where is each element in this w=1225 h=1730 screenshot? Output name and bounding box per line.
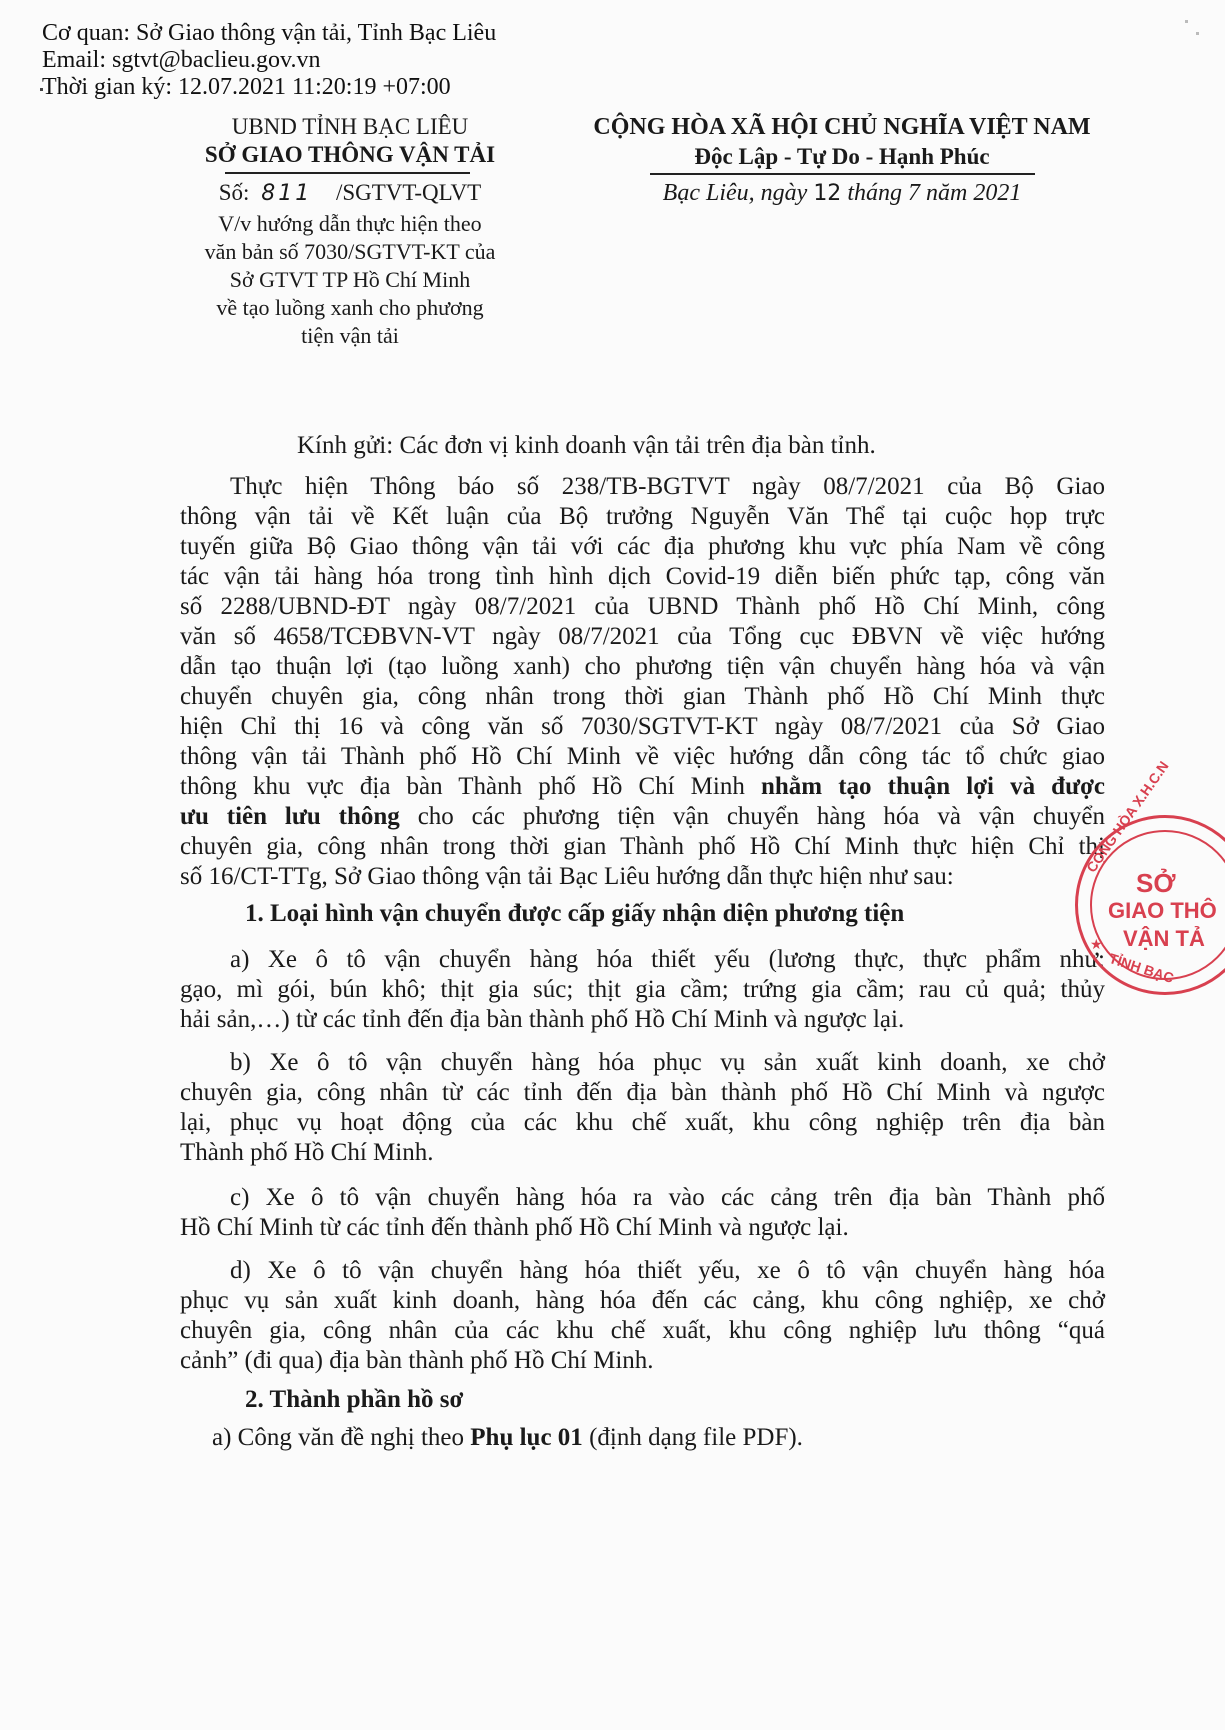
section-1-item-d: chuyên gia, công nhân của các khu chế xu… [180,1316,1105,1346]
subject-line: Sở GTVT TP Hồ Chí Minh [160,266,540,294]
stamp-line-3: VẬN TẢ [1123,926,1205,952]
intro-line-emphasis: thông khu vực địa bàn Thành phố Hồ Chí M… [180,772,1105,802]
national-title: CỘNG HÒA XÃ HỘI CHỦ NGHĨA VIỆT NAM [548,114,1136,141]
item-text: (định dạng file PDF). [589,1424,803,1451]
issuing-authority: UBND TỈNH BẠC LIÊU [160,114,540,140]
stamp-line-2: GIAO THÔ [1108,898,1217,924]
intro-line-emphasis: ưu tiên lưu thông cho các phương tiện vậ… [180,802,1105,832]
intro-line: hiện Chỉ thị 16 và công văn số 7030/SGTV… [180,712,1105,742]
intro-text: cho các phương tiện vận chuyển hàng hóa … [418,803,1105,830]
date-prefix: Bạc Liêu, ngày [663,180,808,206]
intro-text: thông khu vực địa bàn Thành phố Hồ Chí M… [180,773,745,800]
stamp-star-icon: ★ [1090,936,1103,953]
stamp-line-1: SỞ [1136,868,1176,899]
section-1-heading: 1. Loại hình vận chuyển được cấp giấy nh… [245,900,904,928]
scan-artifact [40,88,43,91]
appendix-reference: Phụ lục 01 [470,1424,583,1451]
section-1-item-b: chuyên gia, công nhân từ các tỉnh đến đị… [180,1078,1105,1108]
intro-line: chuyển chuyên gia, công nhân trong thời … [180,682,1105,712]
scan-artifact [1185,20,1188,23]
recipient-line: Kính gửi: Các đơn vị kinh doanh vận tải … [297,432,876,460]
date-suffix: tháng 7 năm 2021 [847,180,1021,206]
motto-underline [650,173,1035,175]
document-date: Bạc Liêu, ngày 12 tháng 7 năm 2021 [548,180,1136,207]
intro-line: số 2288/UBND-ĐT ngày 08/7/2021 của UBND … [180,592,1105,622]
intro-line: dẫn tạo thuận lợi (tạo luồng xanh) cho p… [180,652,1105,682]
section-1-item-a: gạo, mì gói, bún khô; thịt gia súc; thịt… [180,975,1105,1005]
section-1-item-b: b) Xe ô tô vận chuyển hàng hóa phục vụ s… [230,1048,1105,1078]
section-1-item-c: c) Xe ô tô vận chuyển hàng hóa ra vào cá… [230,1183,1105,1213]
section-1-item-d: phục vụ sản xuất kinh doanh, hàng hóa đế… [180,1286,1105,1316]
scan-artifact [1196,32,1199,35]
intro-line: thông vận tải về Kết luận của Bộ trưởng … [180,502,1105,532]
intro-emphasis: ưu tiên lưu thông [180,803,400,830]
intro-emphasis: nhằm tạo thuận lợi và được [761,773,1105,800]
signature-email[interactable]: Email: sgtvt@baclieu.gov.vn [42,47,321,74]
signature-time: Thời gian ký: 12.07.2021 11:20:19 +07:00 [42,74,451,101]
doc-number-suffix: /SGTVT-QLVT [336,180,481,205]
subject-line: văn bản số 7030/SGTVT-KT của [160,238,540,266]
section-1-item-b: lại, phục vụ hoạt động của các khu chế x… [180,1108,1105,1138]
document-number: Số: 811 /SGTVT-QLVT [160,180,540,206]
subject-line: V/v hướng dẫn thực hiện theo [160,210,540,238]
section-1-item-a: a) Xe ô tô vận chuyển hàng hóa thiết yếu… [230,945,1105,975]
subject-line: về tạo luồng xanh cho phương [160,294,540,322]
intro-line: chuyên gia, công nhân trong thời gian Th… [180,832,1105,862]
intro-line: thông vận tải Thành phố Hồ Chí Minh về v… [180,742,1105,772]
department-underline [225,172,470,174]
date-day-handwritten: 12 [813,181,841,206]
section-2-heading: 2. Thành phần hồ sơ [245,1386,463,1414]
intro-line: tác vận tải hàng hóa trong tình hình dịc… [180,562,1105,592]
doc-number-handwritten: 811 [255,181,330,206]
intro-line: tuyến giữa Bộ Giao thông vận tải với các… [180,532,1105,562]
section-1-item-c: Hồ Chí Minh từ các tỉnh đến thành phố Hồ… [180,1213,1105,1243]
section-1-item-a: hải sản,…) từ các tỉnh đến địa bàn thành… [180,1005,1105,1035]
intro-line: văn số 4658/TCĐBVN-VT ngày 08/7/2021 của… [180,622,1105,652]
intro-line: Thực hiện Thông báo số 238/TB-BGTVT ngày… [230,472,1105,502]
item-text: a) Công văn đề nghị theo [212,1424,464,1451]
subject-line: tiện vận tải [160,322,540,350]
document-subject: V/v hướng dẫn thực hiện theo văn bản số … [160,210,540,350]
intro-line: số 16/CT-TTg, Sở Giao thông vận tải Bạc … [180,862,1105,892]
national-motto: Độc Lập - Tự Do - Hạnh Phúc [548,144,1136,170]
issuing-department: SỞ GIAO THÔNG VẬN TẢI [160,142,540,168]
section-1-item-d: cảnh” (đi qua) địa bàn thành phố Hồ Chí … [180,1346,1105,1376]
section-1-item-d: d) Xe ô tô vận chuyển hàng hóa thiết yếu… [230,1256,1105,1286]
signature-agency: Cơ quan: Sở Giao thông vận tải, Tỉnh Bạc… [42,20,496,47]
section-2-item-a: a) Công văn đề nghị theo Phụ lục 01 (địn… [212,1424,803,1452]
section-1-item-b: Thành phố Hồ Chí Minh. [180,1138,1105,1168]
doc-number-prefix: Số: [219,180,250,205]
